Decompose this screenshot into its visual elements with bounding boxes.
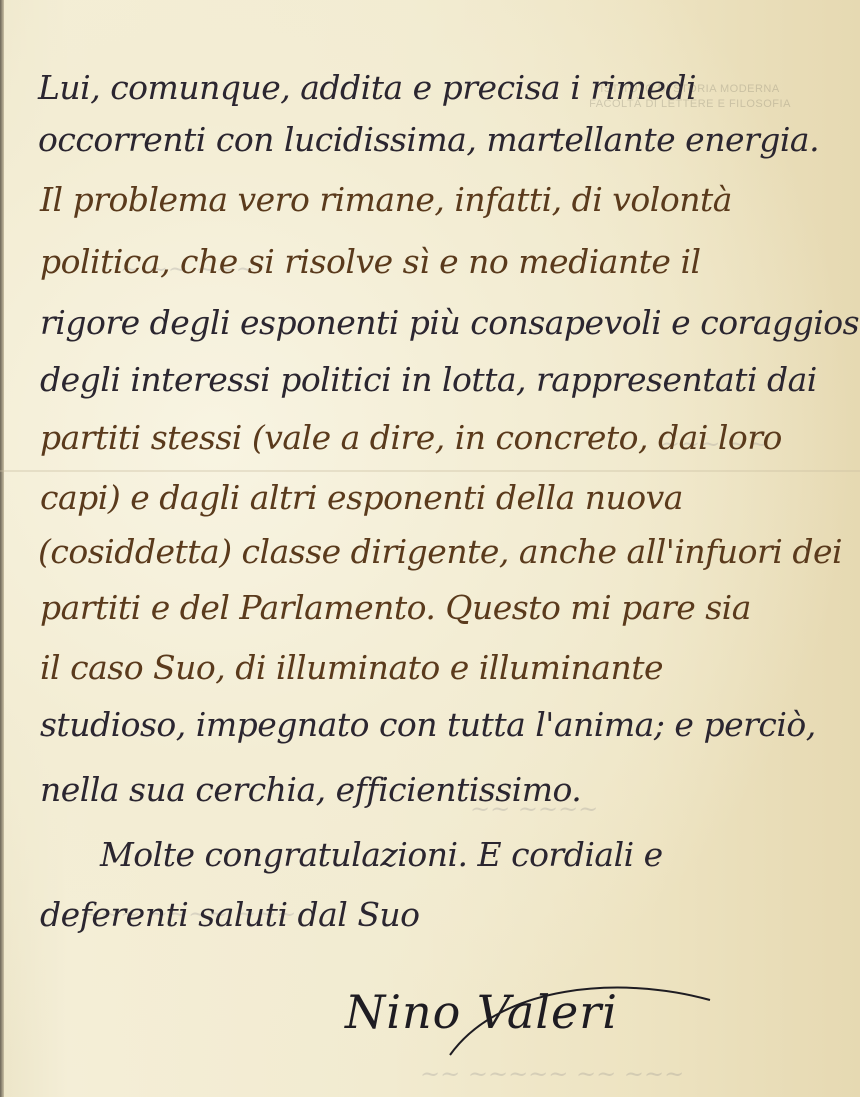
signature: Nino Valeri	[345, 985, 618, 1039]
body-line: rigore degli esponenti più consapevoli e…	[40, 303, 860, 342]
body-line: partiti stessi (vale a dire, in concreto…	[40, 418, 782, 457]
body-line: il caso Suo, di illuminato e illuminante	[40, 648, 663, 687]
closing-line: Molte congratulazioni. E cordiali e	[100, 835, 663, 874]
body-line: partiti e del Parlamento. Questo mi pare…	[40, 588, 751, 627]
body-line: (cosiddetta) classe dirigente, anche all…	[38, 532, 842, 571]
body-line: Il problema vero rimane, infatti, di vol…	[40, 180, 732, 219]
body-line: Lui, comunque, addita e precisa i rimedi	[38, 68, 696, 107]
closing-line: deferenti saluti dal Suo	[40, 895, 420, 934]
letter-page: ISTITUTO DI STORIA MODERNA FACOLTÀ DI LE…	[0, 0, 860, 1097]
body-line: degli interessi politici in lotta, rappr…	[40, 360, 817, 399]
body-line: studioso, impegnato con tutta l'anima; e…	[40, 705, 816, 744]
body-line: occorrenti con lucidissima, martellante …	[38, 120, 819, 159]
body-line: capi) e dagli altri esponenti della nuov…	[40, 478, 683, 517]
body-line: politica, che si risolve sì e no mediant…	[40, 242, 701, 281]
body-line: nella sua cerchia, efficientissimo.	[40, 770, 581, 809]
letter-body: Lui, comunque, addita e precisa i rimedi…	[0, 0, 860, 1097]
